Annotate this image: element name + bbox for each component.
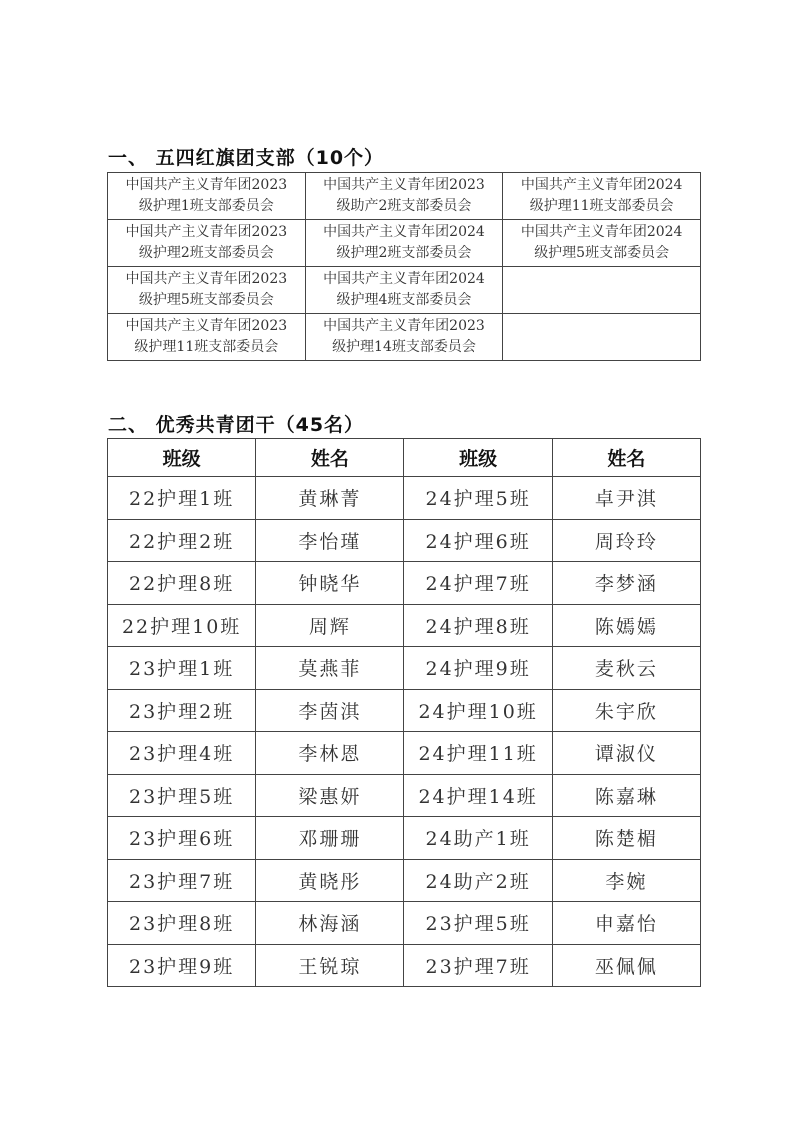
- name-cell: 陈嫣嫣: [552, 604, 700, 647]
- table-row: 23护理1班莫燕菲24护理9班麦秋云: [108, 647, 701, 690]
- name-cell: 李梦涵: [552, 562, 700, 605]
- outstanding-cadres-table: 班级姓名班级姓名 22护理1班黄琳菁24护理5班卓尹淇22护理2班李怡瑾24护理…: [107, 438, 701, 987]
- branch-name-line: 中国共产主义青年团2023: [108, 316, 305, 337]
- class-cell: 23护理5班: [108, 774, 256, 817]
- class-cell: 23护理7班: [108, 859, 256, 902]
- column-header-name: 姓名: [256, 439, 404, 477]
- branch-name-line: 级护理5班支部委员会: [108, 290, 305, 311]
- name-cell: 李怡瑾: [256, 519, 404, 562]
- table-row: 23护理5班梁惠妍24护理14班陈嘉琳: [108, 774, 701, 817]
- name-cell: 邓珊珊: [256, 817, 404, 860]
- name-cell: 王锐琼: [256, 944, 404, 987]
- class-cell: 24助产2班: [404, 859, 552, 902]
- name-cell: 李茵淇: [256, 689, 404, 732]
- branch-cell: 中国共产主义青年团2024级护理2班支部委员会: [305, 220, 503, 267]
- column-header-name: 姓名: [552, 439, 700, 477]
- name-cell: 李林恩: [256, 732, 404, 775]
- branch-name-line: 级护理4班支部委员会: [306, 290, 503, 311]
- name-cell: 巫佩佩: [552, 944, 700, 987]
- table-header-row: 班级姓名班级姓名: [108, 439, 701, 477]
- branch-name-line: 中国共产主义青年团2024: [306, 222, 503, 243]
- name-cell: 李婉: [552, 859, 700, 902]
- branch-name-line: 级护理11班支部委员会: [108, 337, 305, 358]
- class-cell: 22护理8班: [108, 562, 256, 605]
- branch-cell: 中国共产主义青年团2023级护理14班支部委员会: [305, 314, 503, 361]
- name-cell: 黄琳菁: [256, 477, 404, 520]
- branch-name-line: 级护理1班支部委员会: [108, 196, 305, 217]
- branch-name-line: 中国共产主义青年团2023: [306, 316, 503, 337]
- name-cell: 谭淑仪: [552, 732, 700, 775]
- class-cell: 23护理7班: [404, 944, 552, 987]
- table-row: 中国共产主义青年团2023级护理2班支部委员会中国共产主义青年团2024级护理2…: [108, 220, 701, 267]
- class-cell: 23护理9班: [108, 944, 256, 987]
- red-flag-branches-table: 中国共产主义青年团2023级护理1班支部委员会中国共产主义青年团2023级助产2…: [107, 172, 701, 361]
- branch-name-line: 中国共产主义青年团2024: [503, 175, 700, 196]
- branch-name-line: 级护理14班支部委员会: [306, 337, 503, 358]
- table-row: 22护理8班钟晓华24护理7班李梦涵: [108, 562, 701, 605]
- name-cell: 卓尹淇: [552, 477, 700, 520]
- name-cell: 朱宇欣: [552, 689, 700, 732]
- name-cell: 陈嘉琳: [552, 774, 700, 817]
- branch-cell: 中国共产主义青年团2024级护理5班支部委员会: [503, 220, 701, 267]
- name-cell: 莫燕菲: [256, 647, 404, 690]
- branch-name-line: 级护理11班支部委员会: [503, 196, 700, 217]
- branch-cell: 中国共产主义青年团2023级护理2班支部委员会: [108, 220, 306, 267]
- class-cell: 22护理2班: [108, 519, 256, 562]
- class-cell: 24护理7班: [404, 562, 552, 605]
- branch-name-line: 中国共产主义青年团2024: [306, 269, 503, 290]
- class-cell: 23护理2班: [108, 689, 256, 732]
- table-row: 23护理9班王锐琼23护理7班巫佩佩: [108, 944, 701, 987]
- branch-cell: 中国共产主义青年团2023级护理1班支部委员会: [108, 173, 306, 220]
- section-heading-outstanding-cadres: 二、 优秀共青团干（45名）: [108, 410, 364, 437]
- table-row: 中国共产主义青年团2023级护理1班支部委员会中国共产主义青年团2023级助产2…: [108, 173, 701, 220]
- class-cell: 23护理8班: [108, 902, 256, 945]
- branch-name-line: 中国共产主义青年团2024: [503, 222, 700, 243]
- branch-cell: 中国共产主义青年团2023级护理11班支部委员会: [108, 314, 306, 361]
- branch-name-line: 中国共产主义青年团2023: [108, 269, 305, 290]
- name-cell: 黄晓彤: [256, 859, 404, 902]
- class-cell: 24护理6班: [404, 519, 552, 562]
- branch-name-line: 级护理5班支部委员会: [503, 243, 700, 264]
- table-row: 22护理2班李怡瑾24护理6班周玲玲: [108, 519, 701, 562]
- name-cell: 麦秋云: [552, 647, 700, 690]
- table-row: 23护理6班邓珊珊24助产1班陈楚楣: [108, 817, 701, 860]
- table-row: 23护理8班林海涵23护理5班申嘉怡: [108, 902, 701, 945]
- column-header-class: 班级: [404, 439, 552, 477]
- class-cell: 23护理4班: [108, 732, 256, 775]
- class-cell: 24护理11班: [404, 732, 552, 775]
- class-cell: 24护理8班: [404, 604, 552, 647]
- branch-cell: [503, 267, 701, 314]
- section-heading-red-flag-branches: 一、 五四红旗团支部（10个）: [108, 143, 384, 170]
- table-row: 23护理7班黄晓彤24助产2班李婉: [108, 859, 701, 902]
- class-cell: 23护理1班: [108, 647, 256, 690]
- class-cell: 24护理10班: [404, 689, 552, 732]
- name-cell: 周辉: [256, 604, 404, 647]
- name-cell: 钟晓华: [256, 562, 404, 605]
- branch-name-line: 中国共产主义青年团2023: [306, 175, 503, 196]
- branch-cell: 中国共产主义青年团2024级护理11班支部委员会: [503, 173, 701, 220]
- name-cell: 申嘉怡: [552, 902, 700, 945]
- class-cell: 23护理5班: [404, 902, 552, 945]
- column-header-class: 班级: [108, 439, 256, 477]
- class-cell: 24护理14班: [404, 774, 552, 817]
- branch-cell: 中国共产主义青年团2023级助产2班支部委员会: [305, 173, 503, 220]
- class-cell: 23护理6班: [108, 817, 256, 860]
- name-cell: 陈楚楣: [552, 817, 700, 860]
- branch-name-line: 中国共产主义青年团2023: [108, 175, 305, 196]
- branch-cell: 中国共产主义青年团2024级护理4班支部委员会: [305, 267, 503, 314]
- table-row: 23护理4班李林恩24护理11班谭淑仪: [108, 732, 701, 775]
- table-row: 中国共产主义青年团2023级护理11班支部委员会中国共产主义青年团2023级护理…: [108, 314, 701, 361]
- name-cell: 周玲玲: [552, 519, 700, 562]
- class-cell: 24助产1班: [404, 817, 552, 860]
- name-cell: 梁惠妍: [256, 774, 404, 817]
- table-row: 中国共产主义青年团2023级护理5班支部委员会中国共产主义青年团2024级护理4…: [108, 267, 701, 314]
- branch-name-line: 级护理2班支部委员会: [306, 243, 503, 264]
- name-cell: 林海涵: [256, 902, 404, 945]
- branch-name-line: 级护理2班支部委员会: [108, 243, 305, 264]
- branch-name-line: 中国共产主义青年团2023: [108, 222, 305, 243]
- class-cell: 24护理5班: [404, 477, 552, 520]
- class-cell: 22护理1班: [108, 477, 256, 520]
- branch-cell: [503, 314, 701, 361]
- class-cell: 24护理9班: [404, 647, 552, 690]
- branch-cell: 中国共产主义青年团2023级护理5班支部委员会: [108, 267, 306, 314]
- table-row: 22护理10班周辉24护理8班陈嫣嫣: [108, 604, 701, 647]
- class-cell: 22护理10班: [108, 604, 256, 647]
- table-row: 23护理2班李茵淇24护理10班朱宇欣: [108, 689, 701, 732]
- table-row: 22护理1班黄琳菁24护理5班卓尹淇: [108, 477, 701, 520]
- branch-name-line: 级助产2班支部委员会: [306, 196, 503, 217]
